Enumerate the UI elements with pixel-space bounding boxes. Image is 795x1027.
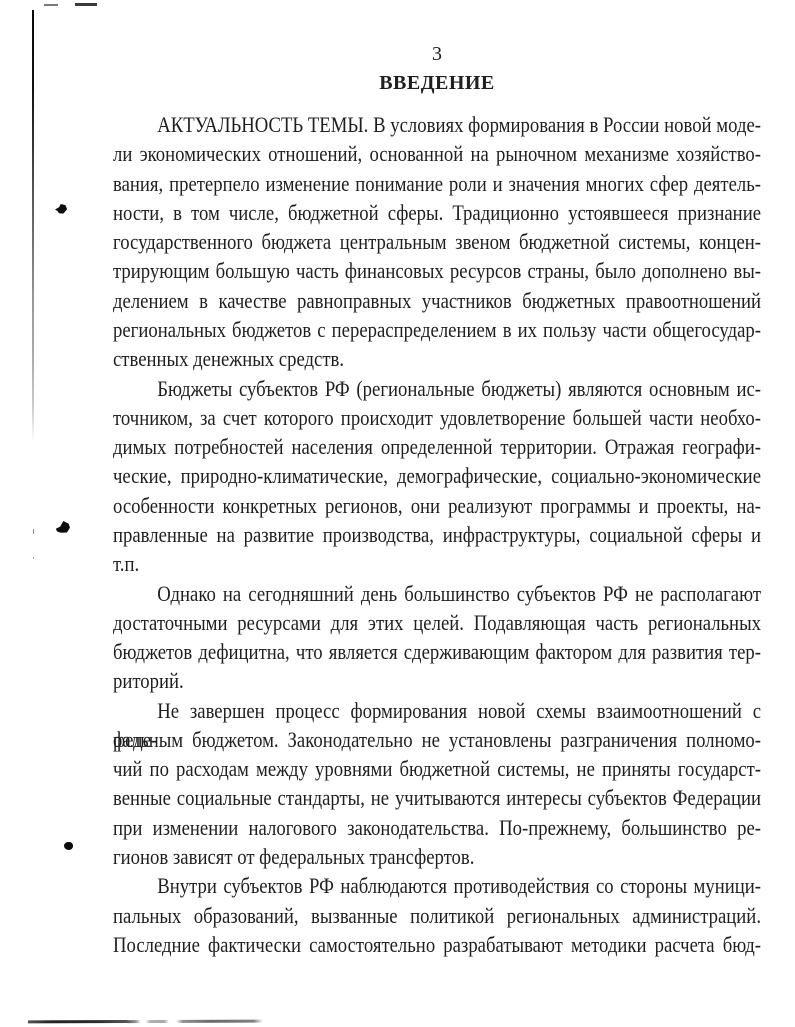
- text-line: делением в качестве равноправных участни…: [113, 286, 761, 315]
- text-line: региональных бюджетов с перераспределени…: [113, 315, 761, 344]
- scan-artifact-ink-blob: [55, 520, 70, 533]
- text-line: государственного бюджета центральным зве…: [113, 227, 761, 256]
- paragraph: Не завершен процесс формирования новой с…: [113, 696, 761, 872]
- text-line: чий по расходам между уровнями бюджетной…: [113, 754, 761, 783]
- scan-artifact-top-dash: [44, 4, 58, 6]
- text-line: Однако на сегодняшний день большинство с…: [113, 579, 761, 608]
- text-line: точником, за счет которого происходит уд…: [113, 403, 761, 432]
- text-line: достаточными ресурсами для этих целей. П…: [113, 608, 761, 637]
- text-line: правленные на развитие производства, инф…: [113, 520, 761, 549]
- paragraph: Бюджеты субъектов РФ (региональные бюдже…: [113, 374, 761, 579]
- text-line: риторий.: [113, 666, 761, 695]
- paragraph: Однако на сегодняшний день большинство с…: [113, 579, 761, 696]
- text-line: Бюджеты субъектов РФ (региональные бюдже…: [113, 374, 761, 403]
- text-line: ральным бюджетом. Законодательно не уста…: [113, 725, 761, 754]
- text-line: Внутри субъектов РФ наблюдаются противод…: [113, 871, 761, 900]
- text-line: бюджетов дефицитна, что является сдержив…: [113, 637, 761, 666]
- text-line: вания, претерпело изменение понимание ро…: [113, 169, 761, 198]
- text-line: ности, в том числе, бюджетной сферы. Тра…: [113, 198, 761, 227]
- text-line: пальных образований, вызванные политикой…: [113, 901, 761, 930]
- text-line: т.п.: [113, 549, 761, 578]
- page-number: 3: [113, 42, 761, 66]
- text-line: ческие, природно-климатические, демограф…: [113, 461, 761, 490]
- scan-artifact-top-dash: [75, 3, 97, 6]
- text-line: АКТУАЛЬНОСТЬ ТЕМЫ. В условиях формирован…: [113, 110, 761, 139]
- paragraph: Внутри субъектов РФ наблюдаются противод…: [113, 871, 761, 959]
- text-line: трирующим большую часть финансовых ресур…: [113, 256, 761, 285]
- text-line: ли экономических отношений, основанной н…: [113, 139, 761, 168]
- text-line: Не завершен процесс формирования новой с…: [113, 696, 761, 725]
- scan-artifact-bottom-line: [28, 1020, 263, 1024]
- text-block: АКТУАЛЬНОСТЬ ТЕМЫ. В условиях формирован…: [113, 110, 761, 959]
- text-line: ственных денежных средств.: [113, 344, 761, 373]
- paragraph: АКТУАЛЬНОСТЬ ТЕМЫ. В условиях формирован…: [113, 110, 761, 374]
- scan-artifact-vertical-line: [32, 10, 34, 442]
- page-title: ВВЕДЕНИЕ: [113, 71, 761, 96]
- scan-artifact-speck: [33, 529, 34, 534]
- text-line: особенности конкретных регионов, они реа…: [113, 491, 761, 520]
- text-line: гионов зависят от федеральных трансферто…: [113, 842, 761, 871]
- scan-artifact-ink-dot: [64, 842, 73, 850]
- scan-artifact-ink-blob: [54, 203, 68, 215]
- scan-artifact-speck: [33, 557, 34, 559]
- text-line: при изменении налогового законодательств…: [113, 813, 761, 842]
- text-line: димых потребностей населения определенно…: [113, 432, 761, 461]
- text-line: Последние фактически самостоятельно разр…: [113, 930, 761, 959]
- scanned-document-page: { "page": { "number": "3", "title": "ВВЕ…: [0, 0, 795, 1027]
- text-line: венные социальные стандарты, не учитываю…: [113, 783, 761, 812]
